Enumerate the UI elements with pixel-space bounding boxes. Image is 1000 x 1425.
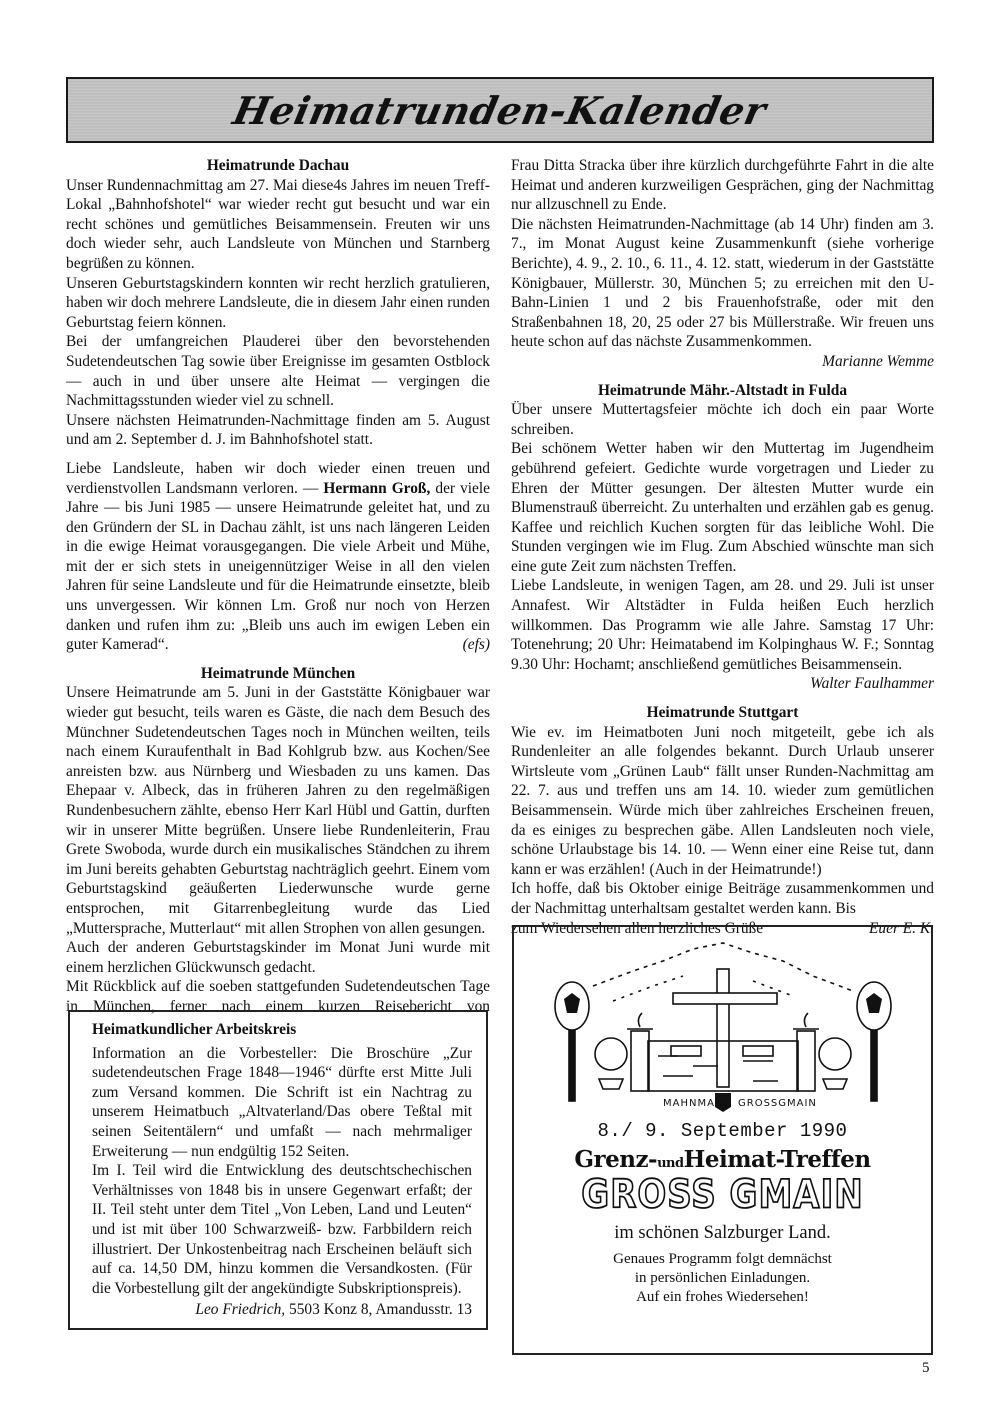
deceased-name: Hermann Groß, [323, 480, 430, 497]
notice-box-arbeitskreis: Heimatkundlicher Arbeitskreis Informatio… [68, 1010, 488, 1330]
left-column: Heimatrunde Dachau Unser Rundennachmitta… [66, 156, 490, 1017]
notice-signature: Leo Friedrich, 5503 Konz 8, Amandusstr. … [92, 1300, 472, 1320]
info-line: Auf ein frohes Wiedersehen! [514, 1288, 931, 1307]
paragraph: Wie ev. im Heimatboten Juni noch mitgete… [511, 723, 934, 880]
paragraph: Bei schönem Wetter haben wir den Muttert… [511, 439, 934, 576]
event-location: GROSS GMAIN [514, 1172, 931, 1218]
article-fulda: Heimatrunde Mähr.-Altstadt in Fulda Über… [511, 381, 934, 695]
paragraph: Information an die Vorbesteller: Die Bro… [92, 1044, 472, 1162]
event-info: Genaues Programm folgt demnächst in pers… [514, 1250, 931, 1307]
article-muenchen-continued: Frau Ditta Stracka über ihre kürzlich du… [511, 156, 934, 372]
article-signature: Walter Faulhammer [511, 674, 934, 694]
obituary-text: der viele Jahre — bis Juni 1985 — unsere… [66, 480, 490, 654]
right-column: Frau Ditta Stracka über ihre kürzlich du… [511, 156, 934, 938]
event-name-und: und [657, 1156, 684, 1171]
illustration-caption-left: MAHNMAL [663, 1098, 722, 1109]
obituary-paragraph: Liebe Landsleute, haben wir doch wieder … [66, 459, 490, 655]
paragraph: Liebe Landsleute, in wenigen Tagen, am 2… [511, 576, 934, 674]
page-title: Heimatrunden-Kalender [229, 88, 770, 133]
article-muenchen: Heimatrunde München Unsere Heimatrunde a… [66, 664, 490, 1017]
article-stuttgart: Heimatrunde Stuttgart Wie ev. im Heimatb… [511, 703, 934, 938]
signature-address: 5503 Konz 8, Amandusstr. 13 [285, 1301, 472, 1318]
memorial-illustration: MAHNMAL GROSSGMAIN [553, 931, 893, 1116]
event-advertisement: MAHNMAL GROSSGMAIN 8./ 9. September 1990… [512, 925, 933, 1355]
paragraph: Frau Ditta Stracka über ihre kürzlich du… [511, 156, 934, 215]
article-heading: Heimatrunde Mähr.-Altstadt in Fulda [511, 381, 934, 401]
paragraph: Im I. Teil wird die Entwicklung des deut… [92, 1161, 472, 1298]
event-name: Grenz-undHeimat-Treffen [514, 1146, 931, 1173]
paragraph: Über unsere Muttertagsfeier möchte ich d… [511, 400, 934, 439]
event-name-part1: Grenz- [574, 1146, 657, 1173]
illustration-caption-right: GROSSGMAIN [738, 1098, 817, 1109]
paragraph: Unseren Geburtstagskindern konnten wir r… [66, 274, 490, 333]
notice-heading: Heimatkundlicher Arbeitskreis [92, 1020, 472, 1040]
event-date: 8./ 9. September 1990 [514, 1120, 931, 1142]
paragraph: Ich hoffe, daß bis Oktober einige Beiträ… [511, 879, 934, 918]
paragraph: Unser Rundennachmittag am 27. Mai diese4… [66, 176, 490, 274]
page-number: 5 [922, 1360, 930, 1377]
calendar-banner: Heimatrunden-Kalender [66, 77, 934, 143]
paragraph: Unsere nächsten Heimatrunden-Nachmittage… [66, 411, 490, 450]
paragraph: Unsere Heimatrunde am 5. Juni in der Gas… [66, 683, 490, 938]
article-heading: Heimatrunde Stuttgart [511, 703, 934, 723]
signature-name: Leo Friedrich, [195, 1301, 285, 1318]
paragraph: Bei der umfangreichen Plauderei über den… [66, 332, 490, 410]
article-heading: Heimatrunde München [66, 664, 490, 684]
event-name-part2: Heimat-Treffen [684, 1146, 871, 1173]
event-region: im schönen Salzburger Land. [514, 1223, 931, 1244]
article-signature: Marianne Wemme [511, 352, 934, 372]
paragraph: Die nächsten Heimatrunden-Nachmittage (a… [511, 215, 934, 352]
paragraph: Auch der anderen Geburtstagskinder im Mo… [66, 938, 490, 977]
info-line: Genaues Programm folgt demnächst [514, 1250, 931, 1269]
info-line: in persönlichen Einladungen. [514, 1269, 931, 1288]
article-dachau: Heimatrunde Dachau Unser Rundennachmitta… [66, 156, 490, 655]
article-heading: Heimatrunde Dachau [66, 156, 490, 176]
